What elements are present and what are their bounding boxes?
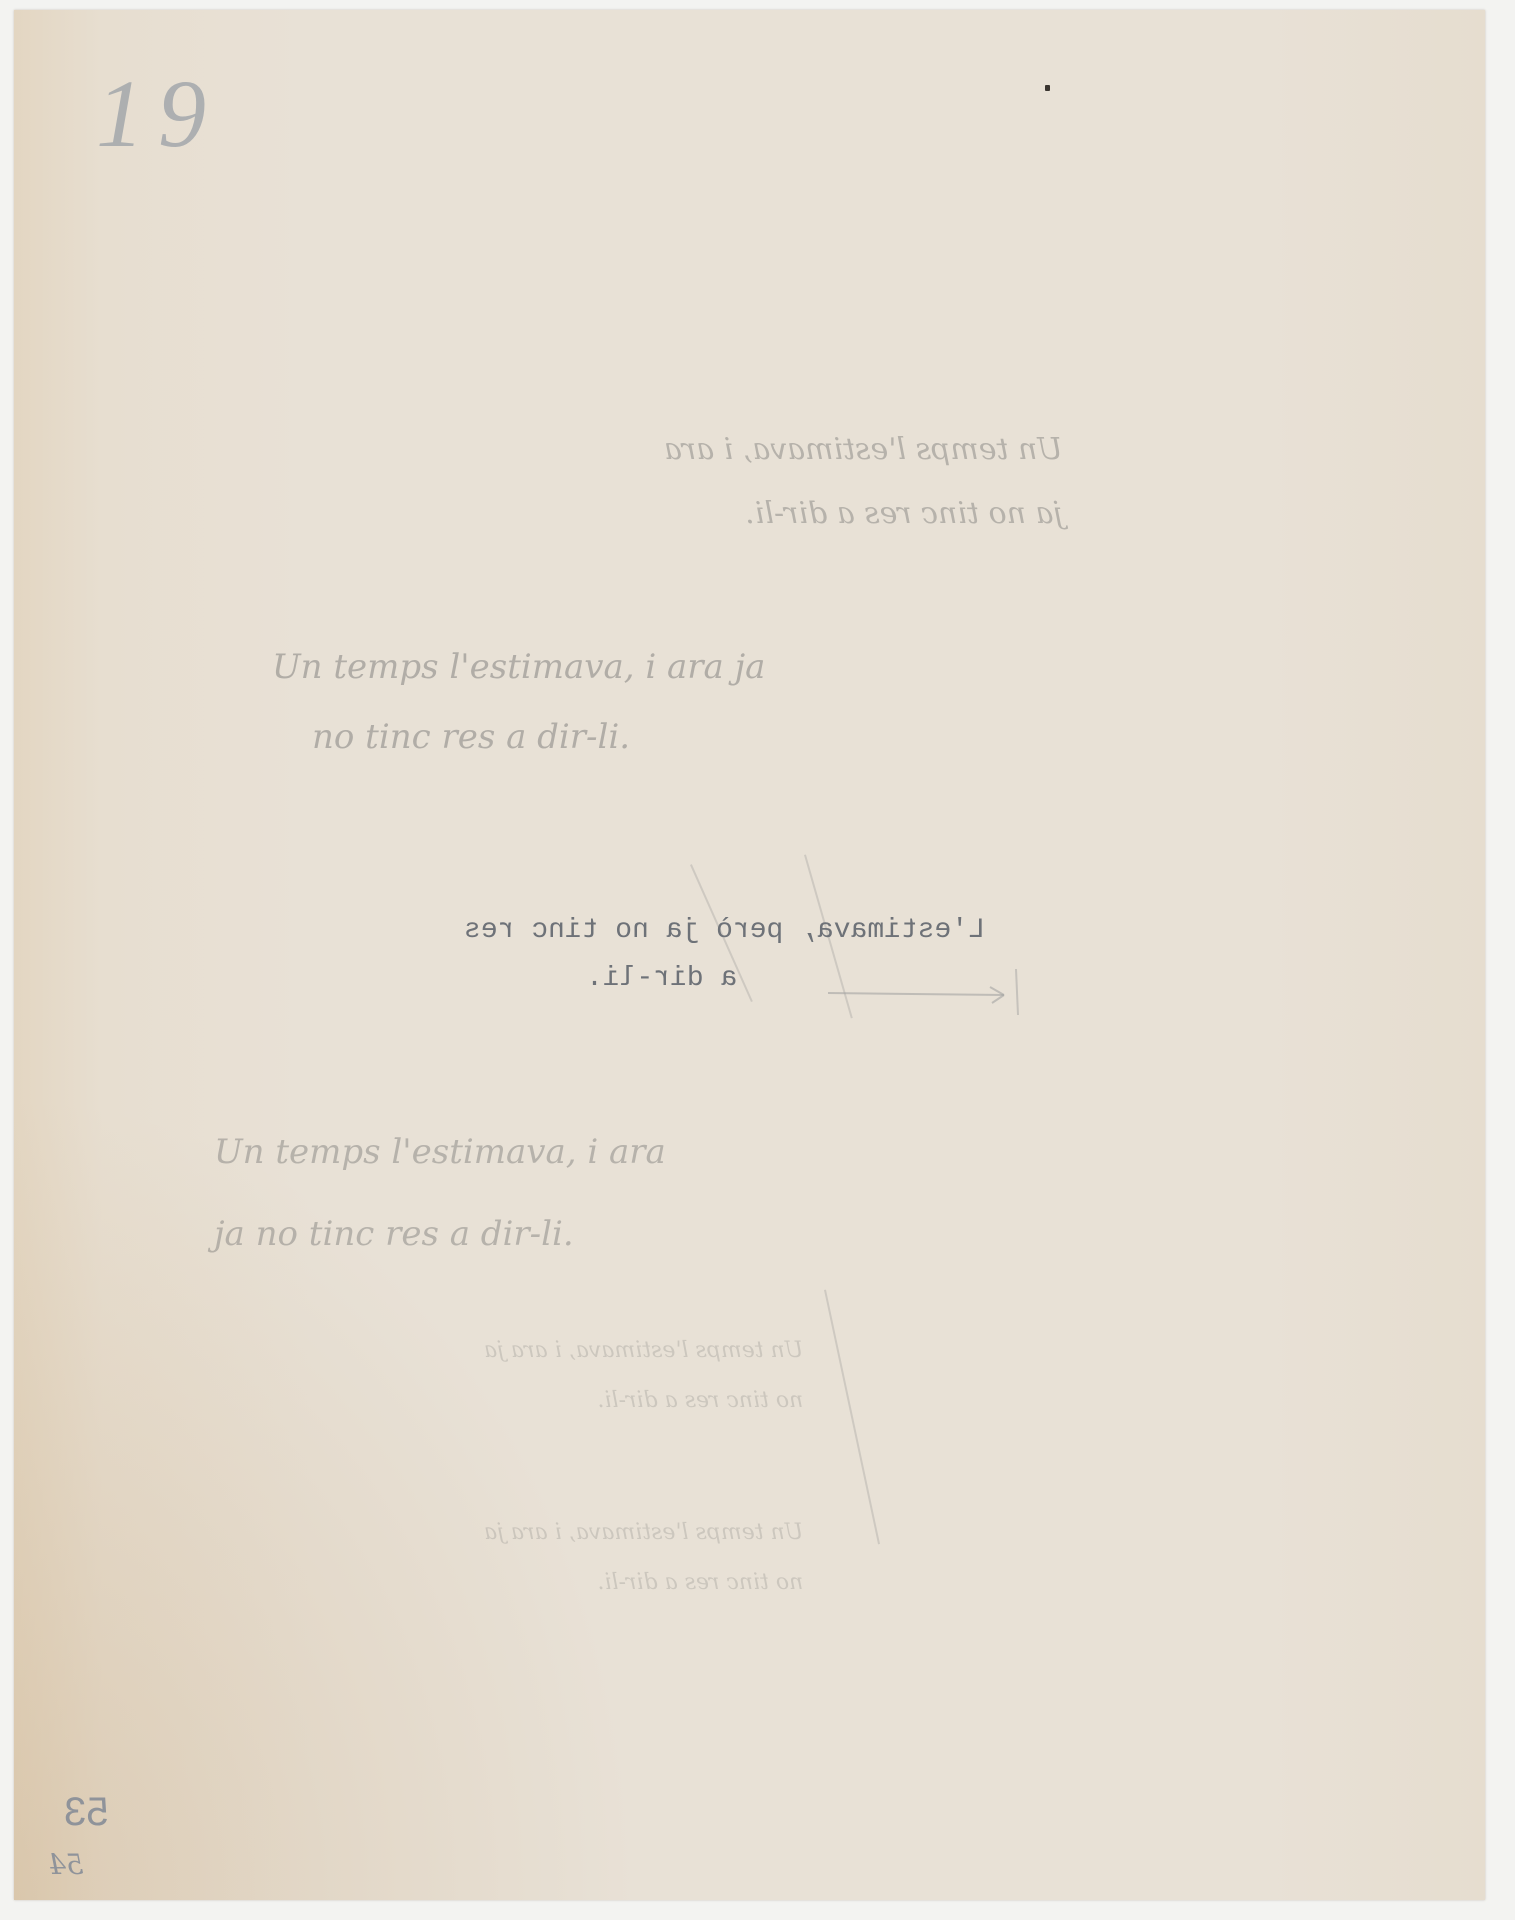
folio-number: 19	[96, 58, 220, 169]
page-number-mirrored: 53	[64, 1790, 109, 1835]
handwritten-line: no tinc res a dir-li.	[484, 1390, 803, 1412]
margin-mark: 54	[48, 1848, 84, 1881]
pencil-stroke	[824, 1290, 880, 1545]
arrow-mark-icon	[824, 965, 1044, 1025]
handwritten-line: ja no tinc res a dir-li.	[664, 499, 1063, 529]
typed-line-1: L'estimava, però ja no tinc res	[464, 915, 1024, 963]
handwritten-block-lower-faint: Un temps l'estimava, i ara ja no tinc re…	[484, 1340, 803, 1594]
handwritten-line: Un temps l'estimava, i ara	[214, 1135, 666, 1169]
handwritten-block-left-upper: Un temps l'estimava, i ara ja no tinc re…	[272, 650, 765, 754]
handwritten-line: Un temps l'estimava, i ara ja	[484, 1522, 803, 1544]
handwritten-line: Un temps l'estimava, i ara ja	[272, 650, 765, 684]
handwritten-block-left-lower: Un temps l'estimava, i ara ja no tinc re…	[214, 1135, 666, 1251]
handwritten-line: no tinc res a dir-li.	[484, 1572, 803, 1594]
handwritten-line: ja no tinc res a dir-li.	[214, 1217, 666, 1251]
ink-speck	[1045, 85, 1050, 91]
handwritten-line: no tinc res a dir-li.	[272, 720, 765, 754]
paper-sheet: 19 Un temps l'estimava, i ara ja no tinc…	[14, 10, 1485, 1900]
handwritten-block-top-right: Un temps l'estimava, i ara ja no tinc re…	[664, 435, 1063, 529]
handwritten-line: Un temps l'estimava, i ara ja	[484, 1340, 803, 1362]
handwritten-line: Un temps l'estimava, i ara	[664, 435, 1063, 465]
